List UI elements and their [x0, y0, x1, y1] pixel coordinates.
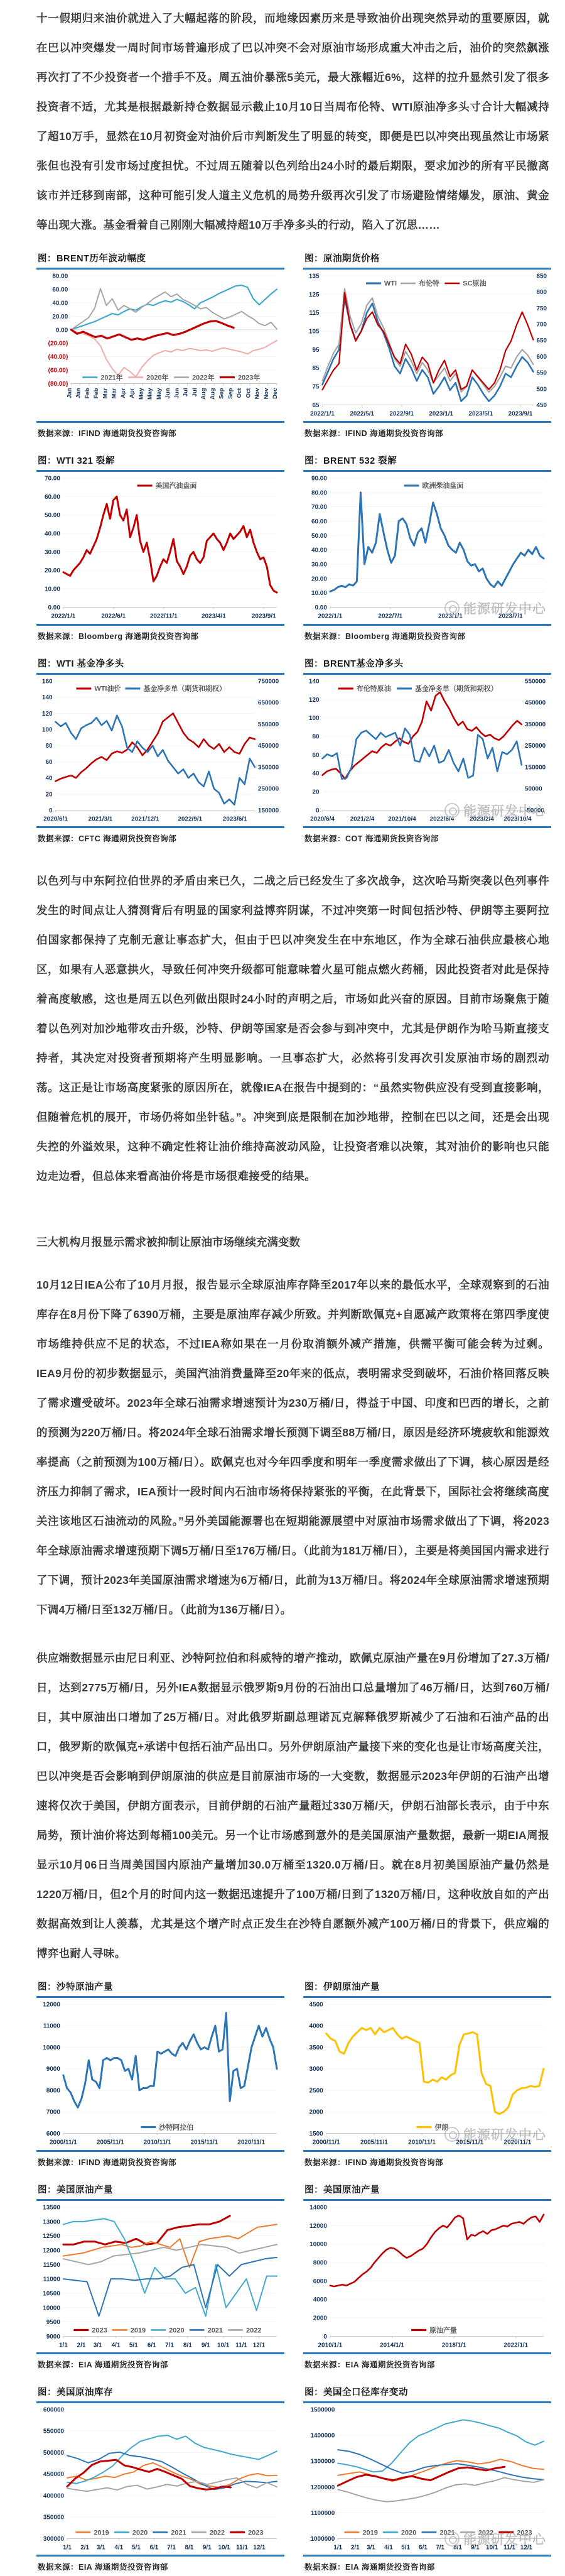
svg-text:850: 850 — [536, 273, 547, 280]
svg-text:550000: 550000 — [43, 2428, 65, 2435]
figure-iran-production: 图：伊朗原油产量 4500400035003000250020001500200… — [303, 1978, 551, 2169]
svg-text:2023/6/1: 2023/6/1 — [223, 816, 247, 822]
svg-text:5/1: 5/1 — [129, 2342, 138, 2349]
svg-text:600: 600 — [536, 354, 547, 361]
chart-area: 1401201008060402005500004500003500002500… — [303, 675, 551, 828]
figure-source: 数据来源：CFTC 海通期货投资咨询部 — [36, 828, 284, 846]
svg-text:1300000: 1300000 — [310, 2459, 335, 2465]
svg-text:2022/1/1: 2022/1/1 — [318, 613, 342, 620]
svg-text:2000/11/1: 2000/11/1 — [313, 2139, 340, 2146]
svg-text:Nov: Nov — [254, 388, 261, 400]
svg-text:8000: 8000 — [46, 2088, 61, 2095]
svg-text:Oct: Oct — [236, 388, 243, 398]
svg-text:Mar: Mar — [111, 388, 118, 398]
svg-text:9500: 9500 — [46, 2319, 61, 2326]
svg-text:2021: 2021 — [439, 2529, 455, 2536]
svg-text:美国汽油盘面: 美国汽油盘面 — [156, 481, 197, 490]
svg-text:May: May — [147, 388, 154, 400]
svg-text:40.00: 40.00 — [311, 547, 327, 554]
figure-source: 数据来源：IFIND 海通期货投资咨询部 — [303, 423, 551, 441]
svg-text:10/1: 10/1 — [217, 2342, 230, 2349]
svg-text:2019: 2019 — [362, 2529, 377, 2536]
svg-text:3/1: 3/1 — [94, 2342, 102, 2349]
svg-text:550000: 550000 — [258, 721, 279, 728]
svg-text:12500: 12500 — [43, 2233, 60, 2240]
svg-text:6/1: 6/1 — [148, 2342, 156, 2349]
svg-text:150000: 150000 — [258, 807, 279, 814]
figure-title: 图：美国原油产量 — [303, 2181, 551, 2201]
svg-text:6/1: 6/1 — [419, 2544, 428, 2551]
svg-text:60: 60 — [312, 752, 320, 759]
svg-text:Apr: Apr — [129, 388, 136, 398]
svg-text:75: 75 — [312, 384, 320, 391]
svg-text:2020: 2020 — [401, 2529, 416, 2536]
figure-wti-fund-net-long: 图：WTI 基金净多头 1601401201008060402007500006… — [36, 655, 284, 846]
svg-text:100: 100 — [309, 715, 320, 722]
svg-text:2022/7/1: 2022/7/1 — [378, 613, 402, 620]
svg-text:350000: 350000 — [258, 764, 279, 771]
svg-text:1/1: 1/1 — [333, 2544, 342, 2551]
svg-text:450000: 450000 — [43, 2471, 65, 2478]
svg-text:2022: 2022 — [210, 2529, 225, 2536]
svg-text:80: 80 — [312, 733, 320, 740]
svg-text:2021: 2021 — [208, 2327, 223, 2334]
svg-text:11/1: 11/1 — [236, 2544, 248, 2551]
figure-title: 图：沙特原油产量 — [36, 1978, 284, 1998]
svg-text:2500: 2500 — [309, 2088, 324, 2095]
wti-fund-net-long-chart: 1601401201008060402007500006500005500004… — [36, 676, 284, 826]
svg-text:2014/1/1: 2014/1/1 — [380, 2342, 404, 2349]
svg-text:500: 500 — [536, 386, 547, 393]
svg-text:2015/11/1: 2015/11/1 — [190, 2139, 218, 2146]
svg-text:12000: 12000 — [309, 2222, 327, 2229]
svg-text:(20.00): (20.00) — [48, 341, 68, 347]
svg-text:3500: 3500 — [309, 2044, 324, 2051]
svg-text:40.00: 40.00 — [52, 300, 68, 307]
svg-text:0.00: 0.00 — [315, 604, 328, 611]
figure-us-production-seasonal: 图：美国原油产量 1350013000125001200011500110001… — [36, 2181, 284, 2372]
svg-text:May: May — [137, 388, 144, 400]
chart-area: 70.0060.0050.0040.0030.0020.0010.000.002… — [36, 472, 284, 625]
svg-text:Jan: Jan — [75, 388, 82, 398]
svg-text:450000: 450000 — [258, 743, 279, 750]
chart-area: 45004000350030002500200015002000/11/1200… — [303, 1998, 551, 2151]
svg-text:基金净多单（期货和期权）: 基金净多单（期货和期权） — [415, 684, 498, 693]
figure-row-6: 图：美国原油库存 6000005500005000004500004000003… — [0, 2374, 565, 2576]
figure-source: 数据来源：EIA 海通期货投资咨询部 — [36, 2354, 284, 2372]
svg-text:0.00: 0.00 — [56, 327, 68, 334]
svg-text:10.00: 10.00 — [45, 586, 60, 593]
svg-text:135: 135 — [309, 273, 320, 280]
svg-text:9/1: 9/1 — [202, 2342, 210, 2349]
svg-text:2023年: 2023年 — [238, 373, 260, 381]
svg-text:120: 120 — [309, 697, 320, 704]
figure-source: 数据来源：EIA 海通期货投资咨询部 — [303, 2354, 551, 2372]
svg-text:(60.00): (60.00) — [48, 368, 68, 374]
figure-row-5: 图：美国原油产量 1350013000125001200011500110001… — [0, 2171, 565, 2374]
svg-text:500000: 500000 — [43, 2450, 65, 2457]
svg-text:50000: 50000 — [525, 786, 542, 793]
svg-text:80.00: 80.00 — [311, 490, 327, 497]
figure-title: 图：伊朗原油产量 — [303, 1978, 551, 1998]
svg-text:20: 20 — [45, 791, 53, 798]
svg-text:11/1: 11/1 — [235, 2342, 247, 2349]
figure-title: 图：BRENT历年波动幅度 — [36, 250, 284, 270]
svg-text:250000: 250000 — [525, 743, 546, 750]
svg-text:WTI油价: WTI油价 — [94, 684, 121, 693]
svg-text:8/1: 8/1 — [453, 2544, 462, 2551]
svg-text:2023: 2023 — [248, 2529, 263, 2536]
us-crude-stocks-chart: 6000005500005000004500004000003500003000… — [36, 2404, 284, 2555]
svg-text:2010/1/1: 2010/1/1 — [318, 2342, 342, 2349]
svg-text:2020/11/1: 2020/11/1 — [504, 2139, 532, 2146]
svg-text:Jun: Jun — [164, 388, 171, 398]
figure-title: 图：WTI 基金净多头 — [36, 655, 284, 675]
figure-title: 图：美国全口径库存变动 — [303, 2384, 551, 2403]
svg-text:5/1: 5/1 — [132, 2544, 141, 2551]
svg-text:May: May — [156, 388, 163, 400]
svg-text:250000: 250000 — [258, 786, 279, 793]
svg-text:2022/1/1: 2022/1/1 — [51, 613, 75, 620]
svg-text:12000: 12000 — [43, 2247, 60, 2254]
chart-area: 140001200010000800060004000200002010/1/1… — [303, 2201, 551, 2354]
chart-area: 6000005500005000004500004000003500003000… — [36, 2403, 284, 2557]
svg-text:(40.00): (40.00) — [48, 354, 68, 361]
svg-text:50.00: 50.00 — [311, 533, 327, 540]
svg-text:Jan: Jan — [66, 388, 73, 398]
svg-text:1/1: 1/1 — [59, 2342, 68, 2349]
svg-text:2022: 2022 — [478, 2529, 493, 2536]
svg-text:350000: 350000 — [43, 2514, 65, 2521]
svg-text:Dec: Dec — [272, 388, 279, 399]
svg-text:12/1: 12/1 — [520, 2544, 533, 2551]
svg-text:10000: 10000 — [309, 2241, 327, 2248]
svg-text:2022/6/4: 2022/6/4 — [430, 816, 455, 822]
svg-text:2020/6/4: 2020/6/4 — [310, 816, 335, 822]
svg-text:1500000: 1500000 — [310, 2406, 335, 2413]
figure-source: 数据来源：IFIND 海通期货投资咨询部 — [36, 423, 284, 441]
figure-title: 图：美国原油产量 — [36, 2181, 284, 2201]
svg-text:2020: 2020 — [132, 2529, 148, 2536]
brent-532-crack-chart: 90.0080.0070.0060.0050.0040.0030.0020.00… — [303, 473, 551, 623]
svg-text:4000: 4000 — [309, 2023, 324, 2030]
iran-production-chart: 45004000350030002500200015002000/11/1200… — [303, 1999, 551, 2149]
svg-text:2/1: 2/1 — [351, 2544, 360, 2551]
svg-text:20.00: 20.00 — [45, 568, 60, 575]
svg-text:2020/11/1: 2020/11/1 — [237, 2139, 265, 2146]
figure-title: 图：美国原油库存 — [36, 2384, 284, 2403]
svg-text:2022/6/1: 2022/6/1 — [101, 613, 126, 620]
figure-row-3: 图：WTI 基金净多头 1601401201008060402007500006… — [0, 645, 565, 848]
svg-text:Jul: Jul — [183, 388, 190, 397]
svg-text:750: 750 — [536, 305, 547, 312]
svg-text:2000/11/1: 2000/11/1 — [50, 2139, 77, 2146]
figure-title: 图：WTI 321 裂解 — [36, 452, 284, 472]
svg-text:95: 95 — [312, 347, 320, 354]
svg-text:2021/12/1: 2021/12/1 — [131, 816, 159, 822]
svg-text:Jun: Jun — [173, 388, 180, 398]
svg-text:12/1: 12/1 — [253, 2544, 266, 2551]
paragraph-iea-report: 10月12日IEA公布了10月月报，报告显示全球原油库存降至2017年以来的最低… — [0, 1270, 565, 1625]
svg-text:13000: 13000 — [43, 2219, 60, 2225]
figure-us-total-stocks-change: 图：美国全口径库存变动 1500000140000013000001200000… — [303, 2384, 551, 2575]
svg-text:沙特阿拉伯: 沙特阿拉伯 — [159, 2122, 193, 2131]
svg-text:2023/2/4: 2023/2/4 — [470, 816, 494, 822]
svg-text:2021/10/4: 2021/10/4 — [388, 816, 416, 822]
svg-text:6/1: 6/1 — [149, 2544, 158, 2551]
figure-crude-futures-price: 图：原油期货价格 1351251151059585756585080075070… — [303, 250, 551, 441]
svg-text:Apr: Apr — [120, 388, 127, 398]
svg-text:Sep: Sep — [227, 388, 234, 399]
svg-text:400000: 400000 — [43, 2492, 65, 2499]
svg-text:11/1: 11/1 — [503, 2544, 515, 2551]
svg-text:2022/9/1: 2022/9/1 — [178, 816, 202, 822]
svg-text:0.00: 0.00 — [48, 604, 61, 611]
svg-text:(80.00): (80.00) — [48, 381, 68, 388]
svg-text:布伦特: 布伦特 — [419, 279, 439, 288]
svg-text:WTI: WTI — [384, 280, 397, 288]
svg-text:60: 60 — [45, 759, 53, 766]
brent-fund-net-long-chart: 1401201008060402005500004500003500002500… — [303, 676, 551, 826]
svg-text:2023/1/1: 2023/1/1 — [438, 613, 463, 620]
svg-text:布伦特原油: 布伦特原油 — [357, 684, 391, 693]
chart-area: 1601401201008060402007500006500005500004… — [36, 675, 284, 828]
svg-text:9/1: 9/1 — [471, 2544, 480, 2551]
svg-text:3/1: 3/1 — [97, 2544, 105, 2551]
us-production-seasonal-chart: 1350013000125001200011500110001050010000… — [36, 2202, 284, 2352]
figure-source: 数据来源：COT 海通期货投资咨询部 — [303, 828, 551, 846]
svg-text:2023/1/1: 2023/1/1 — [429, 410, 453, 417]
svg-text:40: 40 — [312, 770, 320, 777]
crude-futures-price-chart: 1351251151059585756585080075070065060055… — [303, 271, 551, 421]
svg-text:12/1: 12/1 — [253, 2342, 266, 2349]
svg-text:550: 550 — [536, 370, 547, 377]
svg-text:2021年: 2021年 — [100, 373, 122, 381]
svg-text:2022年: 2022年 — [192, 373, 214, 381]
svg-text:Aug: Aug — [209, 388, 216, 400]
svg-text:-50000: -50000 — [525, 807, 544, 814]
svg-text:伊朗: 伊朗 — [434, 2122, 448, 2131]
svg-text:2023/5/1: 2023/5/1 — [468, 410, 493, 417]
svg-text:2023/4/1: 2023/4/1 — [202, 613, 226, 620]
figure-row-2: 图：WTI 321 裂解 70.0060.0050.0040.0030.0020… — [0, 442, 565, 645]
svg-text:3000: 3000 — [309, 2066, 324, 2073]
svg-text:70.00: 70.00 — [311, 505, 327, 511]
svg-text:2022: 2022 — [246, 2327, 261, 2334]
figure-title: 图：BRENT 532 裂解 — [303, 452, 551, 472]
svg-text:7/1: 7/1 — [436, 2544, 444, 2551]
svg-text:6000: 6000 — [46, 2131, 61, 2137]
saudi-production-chart: 12000110001000090008000700060002000/11/1… — [36, 1999, 284, 2149]
svg-text:2023: 2023 — [517, 2529, 532, 2536]
section-heading: 三大机构月报显示需求被抑制让原油市场继续充满变数 — [0, 1233, 565, 1252]
svg-text:700: 700 — [536, 322, 547, 329]
svg-text:115: 115 — [309, 310, 320, 317]
figure-source: 数据来源：IFIND 海通期货投资咨询部 — [303, 2152, 551, 2170]
paragraph-intro: 十一假期归来油价就进入了大幅起落的阶段，而地缘因素历来是导致油价出现突然异动的重… — [0, 4, 565, 240]
svg-text:8/1: 8/1 — [183, 2342, 192, 2349]
svg-text:80: 80 — [45, 743, 53, 750]
figure-us-production-longrun: 图：美国原油产量 1400012000100008000600040002000… — [303, 2181, 551, 2372]
svg-text:2021/2/4: 2021/2/4 — [350, 816, 375, 822]
svg-text:7/1: 7/1 — [167, 2544, 176, 2551]
svg-text:2023/9/1: 2023/9/1 — [252, 613, 276, 620]
svg-text:基金净多单（期货和期权）: 基金净多单（期货和期权） — [143, 684, 226, 693]
chart-area: 12000110001000090008000700060002000/11/1… — [36, 1998, 284, 2151]
svg-text:10/1: 10/1 — [486, 2544, 498, 2551]
figure-row-1: 图：BRENT历年波动幅度 80.0060.0040.0020.000.00(2… — [0, 240, 565, 442]
svg-text:0: 0 — [316, 807, 320, 814]
figure-source: 数据来源：EIA 海通期货投资咨询部 — [36, 2557, 284, 2575]
figure-brent-532-crack: 图：BRENT 532 裂解 90.0080.0070.0060.0050.00… — [303, 452, 551, 643]
figure-title: 图：BRENT基金净多头 — [303, 655, 551, 675]
svg-text:10.00: 10.00 — [311, 590, 327, 597]
svg-text:70.00: 70.00 — [45, 476, 60, 483]
svg-text:2020/6/1: 2020/6/1 — [43, 816, 68, 822]
svg-text:13500: 13500 — [43, 2204, 60, 2211]
svg-text:20.00: 20.00 — [311, 576, 327, 583]
svg-text:4500: 4500 — [309, 2002, 324, 2009]
svg-text:Aug: Aug — [200, 388, 207, 400]
svg-text:4/1: 4/1 — [384, 2544, 393, 2551]
svg-text:5/1: 5/1 — [401, 2544, 410, 2551]
figure-source: 数据来源：IFIND 海通期货投资咨询部 — [36, 2152, 284, 2170]
svg-text:2005/11/1: 2005/11/1 — [97, 2139, 124, 2146]
svg-text:9000: 9000 — [46, 2333, 61, 2340]
svg-text:4000: 4000 — [313, 2296, 328, 2303]
chart-area: 1350013000125001200011500110001050010000… — [36, 2201, 284, 2354]
svg-text:60.00: 60.00 — [52, 287, 68, 293]
svg-text:550000: 550000 — [525, 678, 546, 685]
svg-text:11000: 11000 — [43, 2276, 61, 2283]
svg-text:Nov: Nov — [263, 388, 270, 400]
svg-text:2022/11/1: 2022/11/1 — [150, 613, 178, 620]
svg-text:8/1: 8/1 — [185, 2544, 194, 2551]
figure-source: 数据来源：EIA 海通期货投资咨询部 — [303, 2557, 551, 2575]
svg-text:150000: 150000 — [525, 764, 546, 771]
figure-us-crude-stocks: 图：美国原油库存 6000005500005000004500004000003… — [36, 2384, 284, 2575]
paragraph-geopolitics: 以色列与中东阿拉伯世界的矛盾由来已久，二战之后已经发生了多次战争，这次哈马斯突袭… — [0, 866, 565, 1191]
svg-text:4/1: 4/1 — [114, 2544, 123, 2551]
svg-text:80.00: 80.00 — [52, 273, 68, 280]
svg-text:2019: 2019 — [94, 2529, 109, 2536]
svg-text:60.00: 60.00 — [311, 518, 327, 525]
svg-text:20: 20 — [312, 789, 320, 795]
svg-text:2019: 2019 — [131, 2327, 146, 2334]
figure-source: 数据来源：Bloomberg 海通期货投资咨询部 — [36, 626, 284, 644]
svg-text:1100000: 1100000 — [311, 2510, 335, 2517]
chart-area: 1351251151059585756585080075070065060055… — [303, 270, 551, 423]
svg-text:10500: 10500 — [43, 2290, 60, 2297]
svg-text:欧洲柴油盘面: 欧洲柴油盘面 — [422, 481, 464, 490]
figure-row-4: 图：沙特原油产量 1200011000100009000800070006000… — [0, 1968, 565, 2171]
svg-text:2/1: 2/1 — [80, 2544, 89, 2551]
svg-text:750000: 750000 — [258, 678, 279, 685]
svg-text:9000: 9000 — [46, 2066, 61, 2073]
svg-text:350000: 350000 — [525, 721, 546, 728]
figure-brent-volatility: 图：BRENT历年波动幅度 80.0060.0040.0020.000.00(2… — [36, 250, 284, 441]
svg-text:100: 100 — [42, 726, 53, 733]
svg-text:1500: 1500 — [309, 2131, 324, 2137]
chart-area: 80.0060.0040.0020.000.00(20.00)(40.00)(6… — [36, 270, 284, 423]
svg-text:650: 650 — [536, 337, 547, 344]
svg-text:50.00: 50.00 — [45, 513, 60, 520]
svg-text:10000: 10000 — [43, 2305, 60, 2311]
figure-title: 图：原油期货价格 — [303, 250, 551, 270]
svg-text:40.00: 40.00 — [45, 531, 60, 538]
svg-text:2022/1/1: 2022/1/1 — [503, 2342, 528, 2349]
svg-text:600000: 600000 — [43, 2406, 65, 2413]
svg-text:650000: 650000 — [258, 699, 279, 706]
svg-text:140: 140 — [42, 694, 53, 701]
svg-text:11500: 11500 — [43, 2261, 61, 2268]
svg-text:300000: 300000 — [43, 2536, 65, 2543]
svg-text:8000: 8000 — [313, 2259, 328, 2266]
us-production-longrun-chart: 140001200010000800060004000200002010/1/1… — [303, 2202, 551, 2352]
svg-text:10/1: 10/1 — [218, 2544, 231, 2551]
svg-text:2010/11/1: 2010/11/1 — [144, 2139, 171, 2146]
svg-text:90.00: 90.00 — [311, 476, 327, 483]
svg-text:140: 140 — [309, 678, 320, 685]
svg-text:Mar: Mar — [102, 388, 109, 398]
svg-text:2023: 2023 — [92, 2327, 107, 2334]
svg-text:2023/7/1: 2023/7/1 — [498, 613, 523, 620]
svg-text:2021/3/1: 2021/3/1 — [89, 816, 113, 822]
svg-text:30.00: 30.00 — [45, 549, 60, 556]
svg-text:800: 800 — [536, 289, 547, 296]
svg-text:2021: 2021 — [171, 2529, 186, 2536]
svg-text:4/1: 4/1 — [112, 2342, 121, 2349]
svg-text:65: 65 — [312, 402, 320, 409]
svg-text:9/1: 9/1 — [203, 2544, 212, 2551]
svg-text:12000: 12000 — [43, 2002, 60, 2009]
svg-text:2000: 2000 — [313, 2315, 328, 2322]
svg-text:85: 85 — [312, 365, 320, 372]
svg-text:7/1: 7/1 — [165, 2342, 174, 2349]
svg-text:SC原油: SC原油 — [463, 279, 486, 288]
svg-text:2010/11/1: 2010/11/1 — [408, 2139, 436, 2146]
svg-text:Feb: Feb — [93, 388, 100, 398]
svg-text:14000: 14000 — [309, 2204, 327, 2211]
svg-text:120: 120 — [42, 711, 53, 718]
svg-text:原油产量: 原油产量 — [429, 2325, 457, 2334]
paragraph-supply: 供应端数据显示由尼日利亚、沙特阿拉伯和科威特的增产推动，欧佩克原油产量在9月份增… — [0, 1644, 565, 1968]
svg-text:2020: 2020 — [169, 2327, 184, 2334]
svg-text:2022/5/1: 2022/5/1 — [350, 410, 374, 417]
svg-text:3/1: 3/1 — [367, 2544, 375, 2551]
svg-text:2/1: 2/1 — [77, 2342, 86, 2349]
chart-area: 90.0080.0070.0060.0050.0040.0030.0020.00… — [303, 472, 551, 625]
figure-wti-321-crack: 图：WTI 321 裂解 70.0060.0050.0040.0030.0020… — [36, 452, 284, 643]
figure-saudi-production: 图：沙特原油产量 1200011000100009000800070006000… — [36, 1978, 284, 2169]
svg-text:2018/1/1: 2018/1/1 — [442, 2342, 466, 2349]
brent-volatility-chart: 80.0060.0040.0020.000.00(20.00)(40.00)(6… — [36, 271, 284, 421]
figure-brent-fund-net-long: 图：BRENT基金净多头 140120100806040200550000450… — [303, 655, 551, 846]
svg-text:Feb: Feb — [84, 388, 91, 398]
svg-text:1200000: 1200000 — [310, 2484, 335, 2491]
svg-text:0: 0 — [49, 807, 53, 814]
svg-text:60.00: 60.00 — [45, 494, 60, 501]
svg-text:Sep: Sep — [218, 388, 225, 399]
svg-text:2015/11/1: 2015/11/1 — [456, 2139, 483, 2146]
svg-text:1/1: 1/1 — [63, 2544, 72, 2551]
svg-text:2023/10/4: 2023/10/4 — [503, 816, 532, 822]
svg-text:30.00: 30.00 — [311, 562, 327, 569]
svg-text:125: 125 — [309, 292, 320, 298]
svg-text:6000: 6000 — [313, 2278, 328, 2284]
svg-text:2020年: 2020年 — [146, 373, 168, 381]
svg-text:Jul: Jul — [191, 388, 198, 397]
